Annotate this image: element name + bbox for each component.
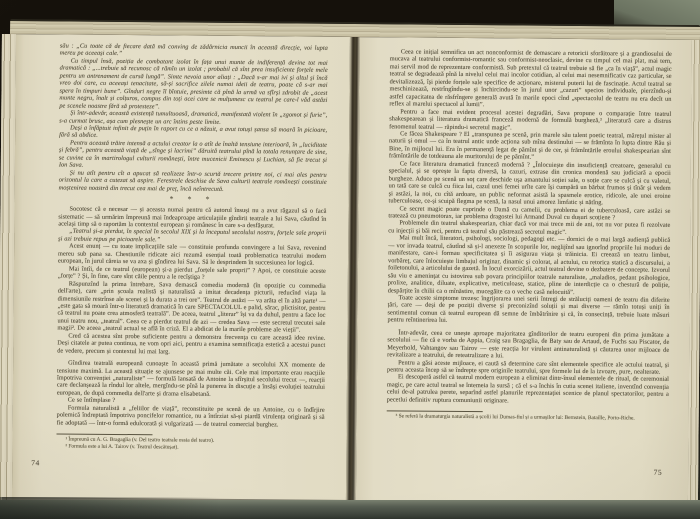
paragraph: Într-adevăr, ceea ce unește aproape majo… bbox=[387, 329, 669, 361]
paragraph: Cu timpul însă, poziția de combatant izo… bbox=[59, 57, 327, 112]
paragraph: Socotesc că e necesar — și aceasta numai… bbox=[58, 206, 326, 231]
right-page-text-column: Ceea ce inițial semnifica un act nonconf… bbox=[357, 37, 692, 422]
paragraph: Cred că acestea sînt probe suficiente pe… bbox=[57, 332, 325, 357]
footnote: ² Formula este a lui A. Tairov (v. Teatr… bbox=[56, 443, 324, 452]
paragraph: Acest enunț — cu toate implicațiile sale… bbox=[58, 243, 326, 268]
footnote-rule bbox=[387, 411, 483, 413]
paragraph: Răspunzînd la prima întrebare, Sava dema… bbox=[57, 280, 325, 335]
book-photo-scene: său : „Cu toate că de fiecare dată mă co… bbox=[0, 0, 700, 519]
paragraph: Pentru a face mai evident procesul acest… bbox=[389, 108, 671, 133]
left-page: său : „Cu toate că de fiecare dată mă co… bbox=[12, 34, 350, 504]
paragraph: Formula naturalistă a „feliilor de viață… bbox=[57, 404, 325, 429]
paragraph: Ceea ce inițial semnifica un act nonconf… bbox=[389, 48, 672, 110]
paragraph: Pentru această trăire intensă a actului … bbox=[59, 139, 327, 171]
section-separator: * * * bbox=[59, 195, 327, 205]
paragraph: Gîndirea teatrală europeană cunoaște în … bbox=[57, 360, 325, 400]
footnote: ³ Se referă la dramaturgia naturalistă a… bbox=[387, 414, 669, 423]
open-book: său : „Cu toate că de fiecare dată mă co… bbox=[0, 19, 700, 507]
table-edge-shadow bbox=[0, 497, 220, 519]
paragraph: Mai mult încă, literatori, psihologi, so… bbox=[388, 235, 671, 297]
footnote-rule bbox=[56, 434, 152, 436]
page-number: 74 bbox=[31, 458, 40, 467]
paragraph: Toate aceste simptome trezesc îngrijorar… bbox=[387, 294, 669, 326]
paragraph: Ce face literatura dramatică franceză mo… bbox=[389, 160, 671, 207]
footnotes: ¹ Împreună cu A. G. Bragaglia (v. Del te… bbox=[56, 434, 324, 452]
paragraph: Și nu atît pentru cît a apucat să realiz… bbox=[59, 169, 327, 194]
right-page: Ceea ce inițial semnifica un act nonconf… bbox=[356, 37, 692, 507]
paragraph: Ce făcea Shakespeare ? El „transpunea pe… bbox=[389, 130, 671, 162]
paragraph: Ei descoperă astfel că teatrul modern eu… bbox=[387, 374, 669, 406]
page-number: 75 bbox=[654, 468, 663, 477]
footnotes: ³ Se referă la dramaturgia naturalistă a… bbox=[387, 411, 669, 423]
left-page-text-column: său : „Cu toate că de fiecare dată mă co… bbox=[12, 34, 350, 452]
